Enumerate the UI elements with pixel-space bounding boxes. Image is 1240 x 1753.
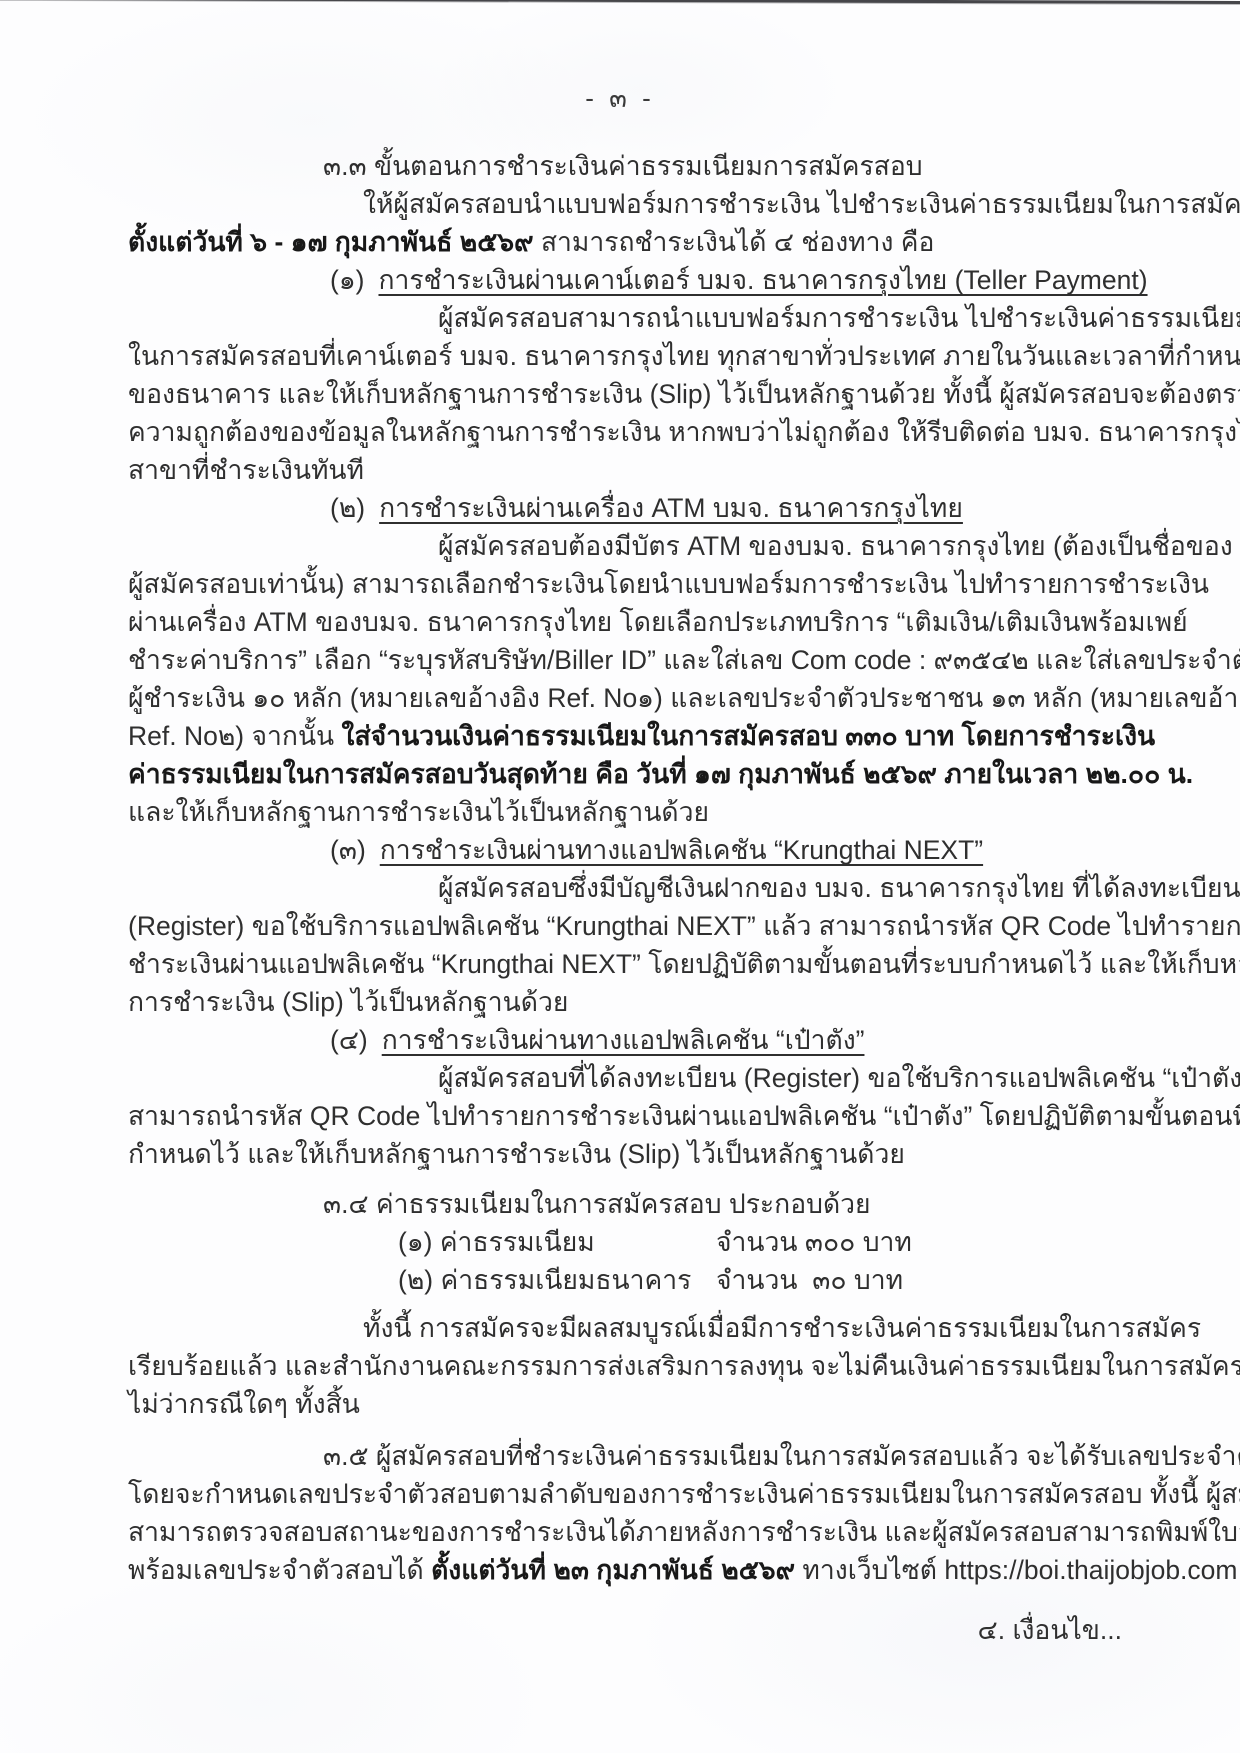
item-number: (๑) [330, 265, 364, 295]
item-number: (๔) [330, 1025, 368, 1055]
item-number: (๓) [330, 835, 366, 865]
text-line: (Register) ขอใช้บริการแอปพลิเคชัน “Krung… [128, 907, 1128, 945]
text-line: ผู้สมัครสอบสามารถนำแบบฟอร์มการชำระเงิน ไ… [128, 299, 1128, 337]
text-line: ให้ผู้สมัครสอบนำแบบฟอร์มการชำระเงิน ไปชำ… [128, 185, 1128, 223]
text-line: ผู้สมัครสอบต้องมีบัตร ATM ของบมจ. ธนาคาร… [128, 527, 1128, 565]
text-line: ทั้งนี้ การสมัครจะมีผลสมบูรณ์เมื่อมีการช… [128, 1309, 1128, 1347]
text-line: ตั้งแต่วันที่ ๖ - ๑๗ กุมภาพันธ์ ๒๕๖๙ สาม… [128, 223, 1128, 261]
website-url: ทางเว็บไซต์ https://boi.thaijobjob.com [795, 1555, 1237, 1585]
text-line: ในการสมัครสอบที่เคาน์เตอร์ บมจ. ธนาคารกร… [128, 337, 1128, 375]
text-line: ผู้สมัครสอบซึ่งมีบัญชีเงินฝากของ บมจ. ธน… [128, 869, 1128, 907]
method-4-title: การชำระเงินผ่านทางแอปพลิเคชัน “เป๋าตัง” [382, 1025, 865, 1055]
text-line: ผู้ชำระเงิน ๑๐ หลัก (หมายเลขอ้างอิง Ref.… [128, 679, 1128, 717]
method-4-title-line: (๔)การชำระเงินผ่านทางแอปพลิเคชัน “เป๋าตั… [128, 1021, 1128, 1059]
fee-1-label: (๑) ค่าธรรมเนียม [398, 1223, 716, 1261]
text-line: ความถูกต้องของข้อมูลในหลักฐานการชำระเงิน… [128, 413, 1128, 451]
text-line: เรียบร้อยแล้ว และสำนักงานคณะกรรมการส่งเส… [128, 1347, 1128, 1385]
method-2-title: การชำระเงินผ่านเครื่อง ATM บมจ. ธนาคารกร… [379, 493, 963, 523]
text-line: ของธนาคาร และให้เก็บหลักฐานการชำระเงิน (… [128, 375, 1128, 413]
text-line: สามารถตรวจสอบสถานะของการชำระเงินได้ภายหล… [128, 1513, 1128, 1551]
text-line: ไม่ว่ากรณีใดๆ ทั้งสิ้น [128, 1385, 1128, 1423]
fee-2-label: (๒) ค่าธรรมเนียมธนาคาร [398, 1261, 716, 1299]
text-segment: พร้อมเลขประจำตัวสอบได้ [128, 1555, 431, 1585]
text-line: ผู้สมัครสอบเท่านั้น) สามารถเลือกชำระเงิน… [128, 565, 1128, 603]
page-number: - ๓ - [0, 78, 1240, 119]
deadline-emphasis: ค่าธรรมเนียมในการสมัครสอบวันสุดท้าย คือ … [128, 759, 1193, 789]
scan-artifact-line [0, 0, 1240, 4]
method-3-title-line: (๓)การชำระเงินผ่านทางแอปพลิเคชัน “Krungt… [128, 831, 1128, 869]
method-1-title: การชำระเงินผ่านเคาน์เตอร์ บมจ. ธนาคารกรุ… [378, 265, 1147, 295]
continuation-note: ๔. เงื่อนไข... [128, 1611, 1128, 1649]
method-1-title-line: (๑)การชำระเงินผ่านเคาน์เตอร์ บมจ. ธนาคาร… [128, 261, 1128, 299]
text-line: การชำระเงิน (Slip) ไว้เป็นหลักฐานด้วย [128, 983, 1128, 1021]
fee-2-amount: จำนวน ๓๐ บาท [716, 1265, 903, 1295]
section-3-4-heading: ๓.๔ ค่าธรรมเนียมในการสมัครสอบ ประกอบด้วย [128, 1185, 1128, 1223]
fee-amount-emphasis: ใส่จำนวนเงินค่าธรรมเนียมในการสมัครสอบ ๓๓… [342, 721, 1156, 751]
text-line: ชำระค่าบริการ” เลือก “ระบุรหัสบริษัท/Bil… [128, 641, 1128, 679]
fee-row-1: (๑) ค่าธรรมเนียมจำนวน ๓๐๐ บาท [128, 1223, 1128, 1261]
text-segment: สามารถชำระเงินได้ ๔ ช่องทาง คือ [533, 227, 934, 257]
text-line: Ref. No๒) จากนั้น ใส่จำนวนเงินค่าธรรมเนี… [128, 717, 1128, 755]
print-date-emphasis: ตั้งแต่วันที่ ๒๓ กุมภาพันธ์ ๒๕๖๙ [431, 1555, 795, 1585]
text-line: ค่าธรรมเนียมในการสมัครสอบวันสุดท้าย คือ … [128, 755, 1128, 793]
text-segment: Ref. No๒) จากนั้น [128, 721, 342, 751]
text-line: ผู้สมัครสอบที่ได้ลงทะเบียน (Register) ขอ… [128, 1059, 1128, 1097]
section-3-5-first-line: ๓.๕ ผู้สมัครสอบที่ชำระเงินค่าธรรมเนียมใน… [128, 1437, 1128, 1475]
document-body: ๓.๓ ขั้นตอนการชำระเงินค่าธรรมเนียมการสมั… [128, 147, 1128, 1649]
method-2-title-line: (๒)การชำระเงินผ่านเครื่อง ATM บมจ. ธนาคา… [128, 489, 1128, 527]
text-line: และให้เก็บหลักฐานการชำระเงินไว้เป็นหลักฐ… [128, 793, 1128, 831]
fee-1-amount: จำนวน ๓๐๐ บาท [716, 1227, 912, 1257]
fee-row-2: (๒) ค่าธรรมเนียมธนาคารจำนวน ๓๐ บาท [128, 1261, 1128, 1299]
text-line: พร้อมเลขประจำตัวสอบได้ ตั้งแต่วันที่ ๒๓ … [128, 1551, 1128, 1589]
text-line: โดยจะกำหนดเลขประจำตัวสอบตามลำดับของการชำ… [128, 1475, 1128, 1513]
method-3-title: การชำระเงินผ่านทางแอปพลิเคชัน “Krungthai… [380, 835, 983, 865]
text-line: ชำระเงินผ่านแอปพลิเคชัน “Krungthai NEXT”… [128, 945, 1128, 983]
document-page: - ๓ - ๓.๓ ขั้นตอนการชำระเงินค่าธรรมเนียม… [0, 0, 1240, 1753]
text-line: ผ่านเครื่อง ATM ของบมจ. ธนาคารกรุงไทย โด… [128, 603, 1128, 641]
section-3-3-heading: ๓.๓ ขั้นตอนการชำระเงินค่าธรรมเนียมการสมั… [128, 147, 1128, 185]
text-line: สาขาที่ชำระเงินทันที [128, 451, 1128, 489]
text-line: สามารถนำรหัส QR Code ไปทำรายการชำระเงินผ… [128, 1097, 1128, 1135]
text-line: กำหนดไว้ และให้เก็บหลักฐานการชำระเงิน (S… [128, 1135, 1128, 1173]
payment-period-dates: ตั้งแต่วันที่ ๖ - ๑๗ กุมภาพันธ์ ๒๕๖๙ [128, 227, 533, 257]
item-number: (๒) [330, 493, 365, 523]
